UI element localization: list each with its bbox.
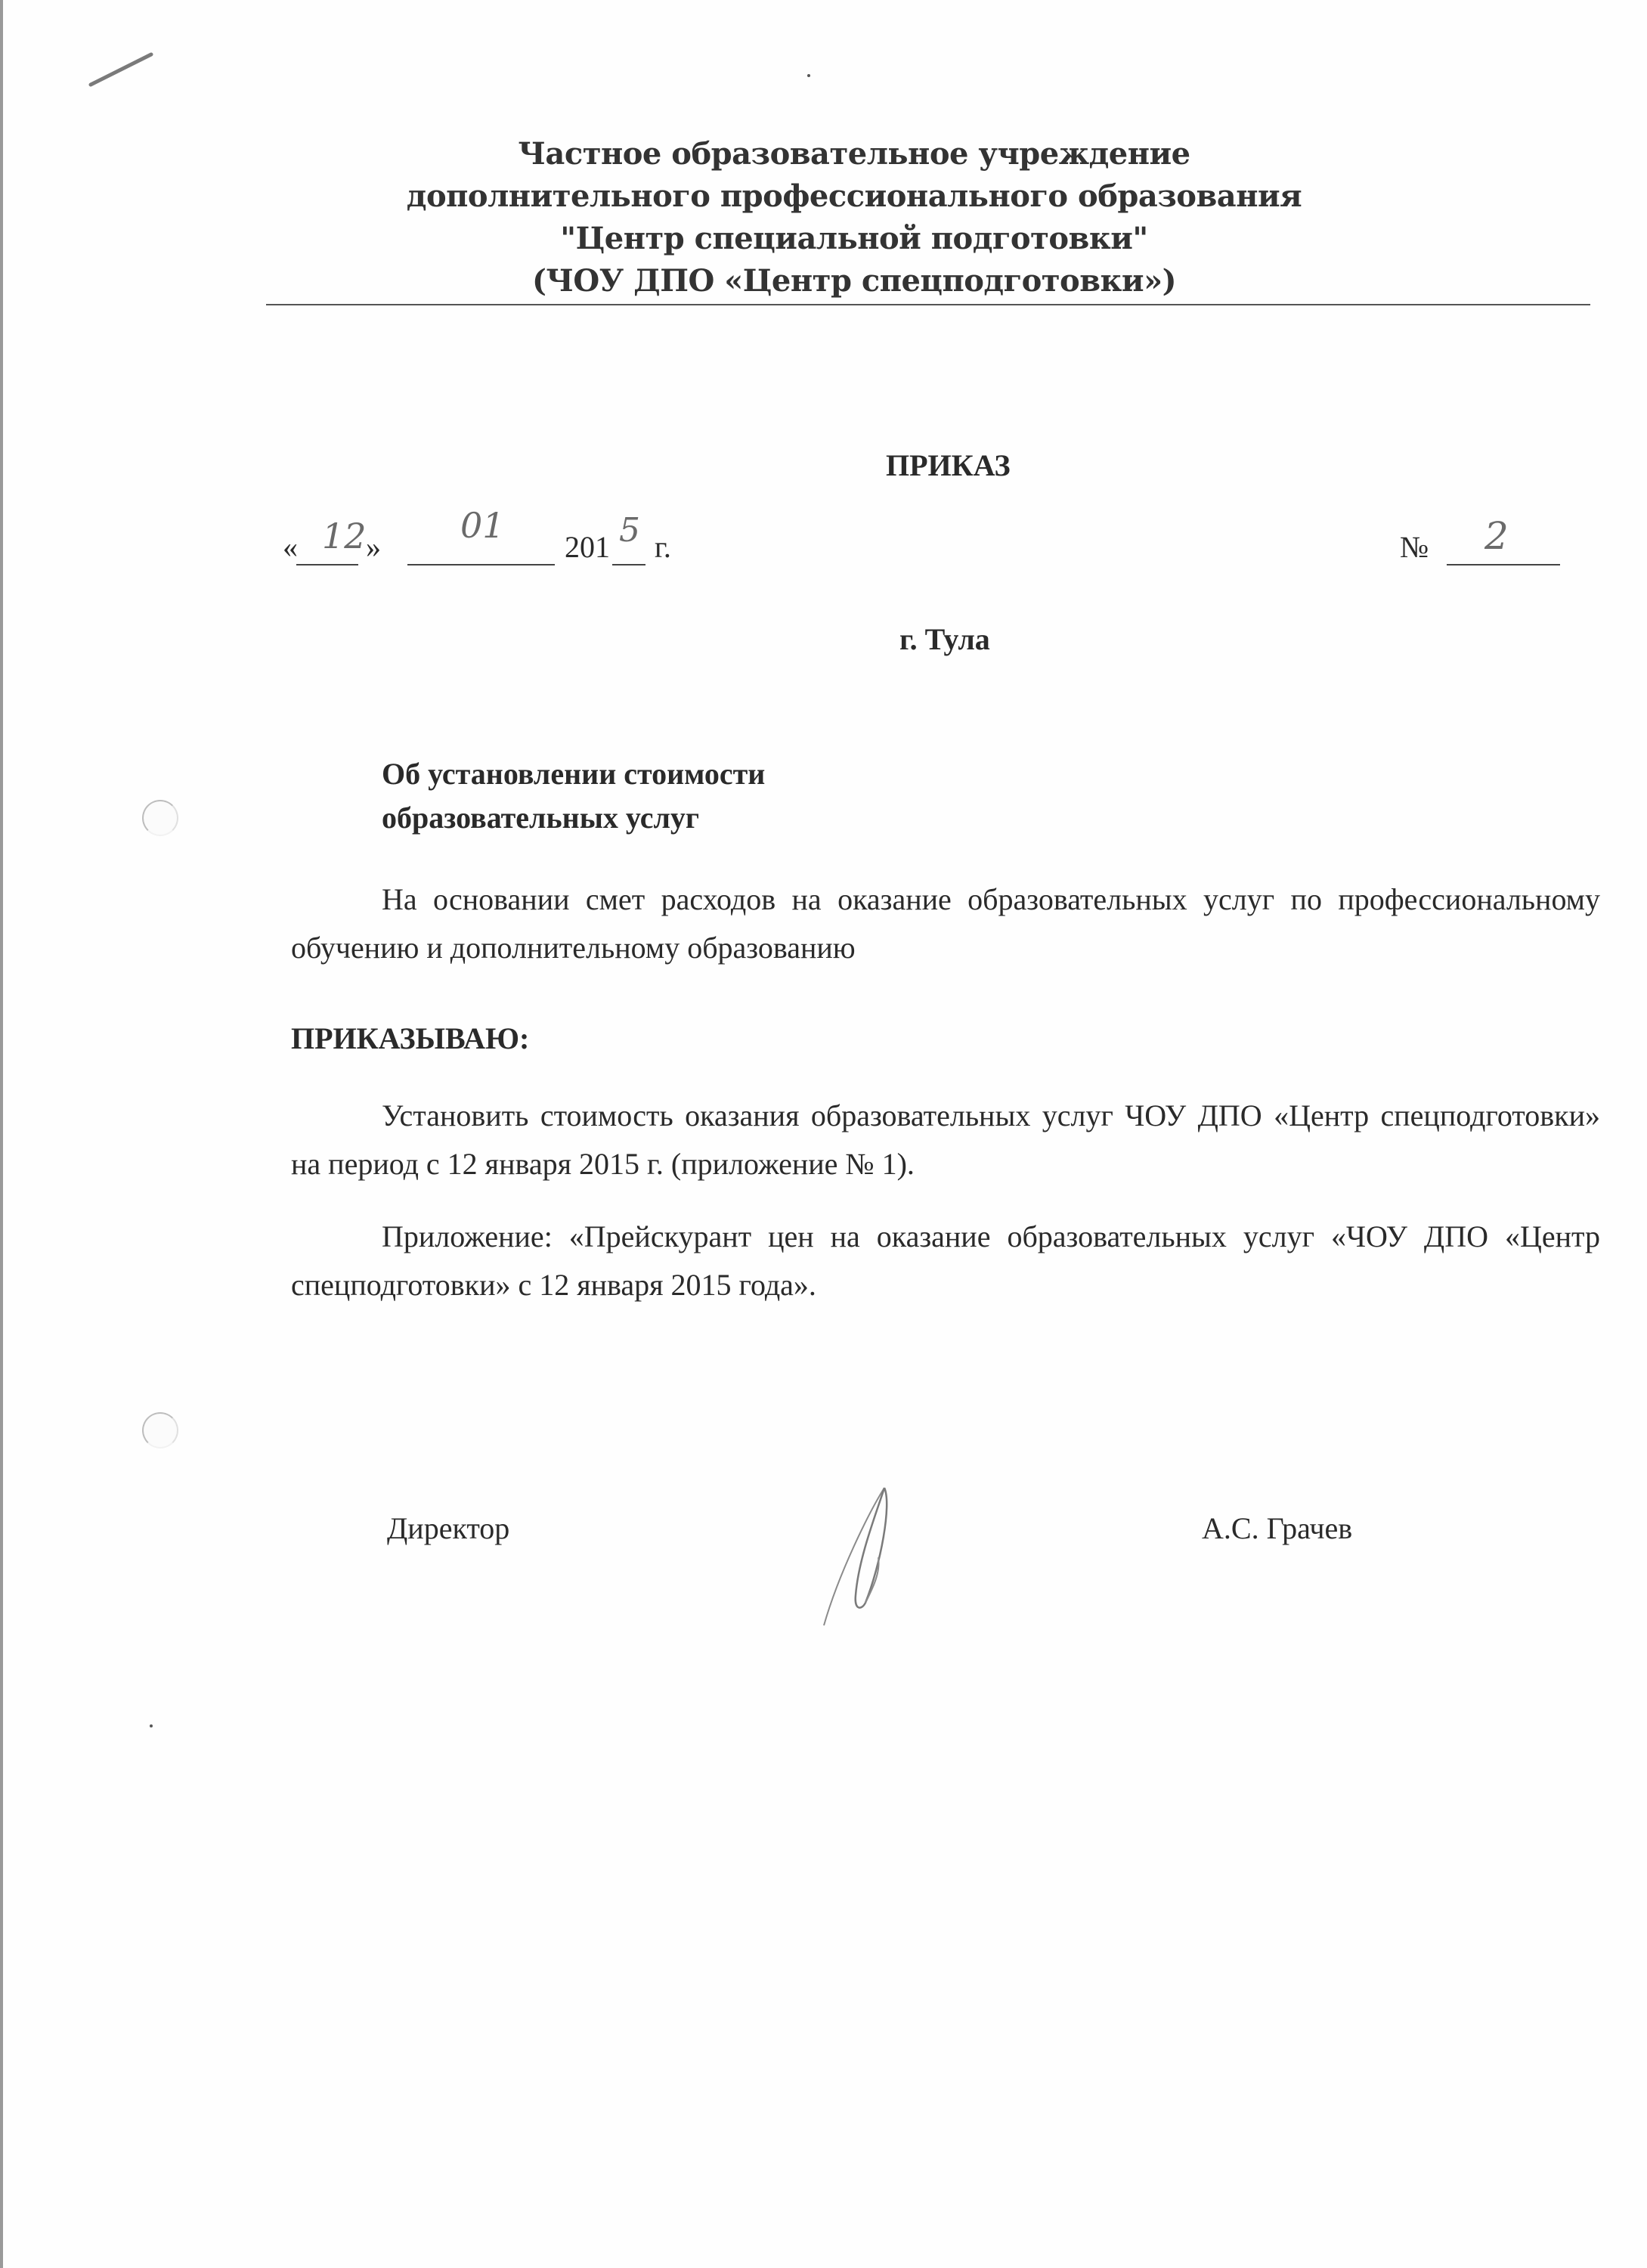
number-underline	[1447, 564, 1560, 565]
date-day-handwritten: 12	[322, 516, 367, 556]
signatory-name: А.С. Грачев	[1202, 1510, 1352, 1546]
org-name-line-3: "Центр специальной подготовки"	[265, 221, 1444, 256]
signature-icon	[809, 1482, 960, 1633]
date-month-handwritten: 01	[460, 505, 505, 546]
date-open-quote: «	[283, 529, 298, 565]
order-number-label: №	[1400, 529, 1429, 565]
scan-speck	[807, 74, 810, 77]
attachment-paragraph: Приложение: «Прейскурант цен на оказание…	[291, 1213, 1600, 1309]
order-number-handwritten: 2	[1484, 514, 1509, 558]
year-underline	[612, 564, 645, 565]
month-underline	[407, 564, 555, 565]
date-row: « 12 » 01 201 5 г. № 2	[283, 529, 1598, 582]
directive-paragraph: Установить стоимость оказания образовате…	[291, 1092, 1600, 1188]
subject-line-2: образовательных услуг	[382, 800, 699, 835]
year-prefix: 201	[565, 529, 610, 565]
signature-position: Директор	[387, 1510, 509, 1546]
scan-speck	[150, 1724, 153, 1727]
order-title: ПРИКАЗ	[886, 448, 1011, 483]
attachment-text: Приложение: «Прейскурант цен на оказание…	[291, 1213, 1600, 1309]
basis-text: На основании смет расходов на оказание о…	[291, 875, 1600, 972]
org-name-line-1: Частное образовательное учреждение	[265, 136, 1444, 172]
scan-edge	[0, 0, 3, 2268]
subject-line-1: Об установлении стоимости	[382, 756, 765, 792]
order-word: ПРИКАЗЫВАЮ:	[291, 1021, 529, 1056]
org-name-line-4: (ЧОУ ДПО «Центр спецподготовки»)	[265, 263, 1444, 299]
punch-hole	[142, 1412, 178, 1448]
year-unit: г.	[655, 529, 671, 565]
date-close-quote: »	[366, 529, 381, 565]
day-underline	[296, 564, 358, 565]
document-page: Частное образовательное учреждение допол…	[0, 0, 1647, 2268]
org-name-line-2: дополнительного профессионального образо…	[265, 178, 1444, 214]
header-divider	[266, 304, 1590, 305]
punch-hole	[142, 800, 178, 836]
year-suffix-handwritten: 5	[619, 511, 640, 550]
city: г. Тула	[899, 621, 990, 657]
basis-paragraph: На основании смет расходов на оказание о…	[291, 875, 1600, 972]
pen-mark-icon	[83, 45, 159, 91]
directive-text: Установить стоимость оказания образовате…	[291, 1092, 1600, 1188]
